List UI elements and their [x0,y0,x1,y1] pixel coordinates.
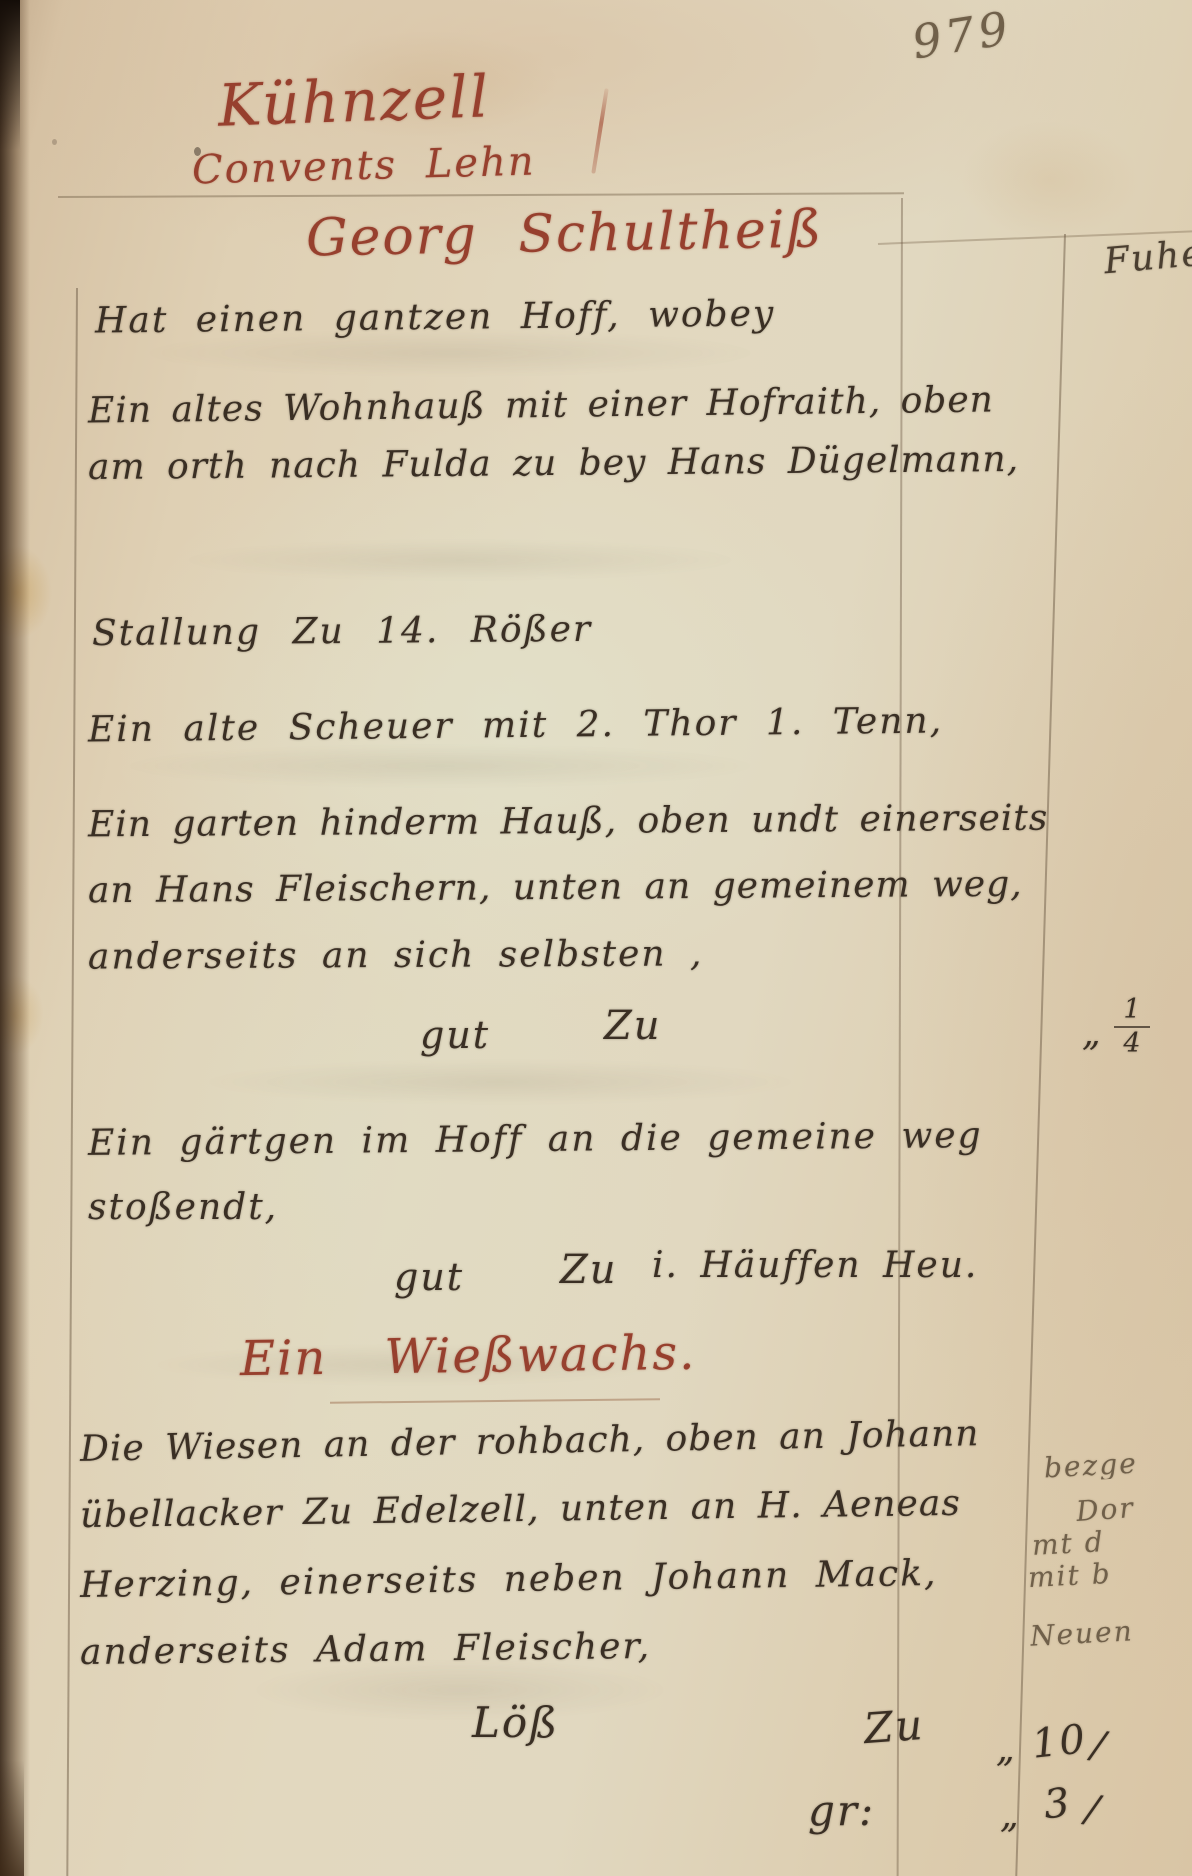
line-house-1: Ein altes Wohnhauß mit einer Hofraith, o… [88,382,994,429]
ruled-line-left-margin [66,288,78,1876]
amount-row-ditto: „ [1000,1798,1021,1834]
fraction-one-quarter: 1 4 [1114,996,1150,1059]
line-barn: Ein alte Scheuer mit 2. Thor 1. Tenn, [88,704,943,749]
margin-note: Dor [1075,1494,1136,1526]
line-intro: Hat einen gantzen Hoff, wobey [95,296,776,339]
label-meadow-loess: Löß [472,1702,559,1744]
amount-row-ditto: „ [996,1732,1017,1768]
bleed-through [120,745,760,787]
heading-meadow: Ein Wießwachs. [240,1329,697,1383]
amount-row-value: 10 [1030,1719,1089,1765]
heading-place: Kühnzell [217,67,491,134]
label-garden-gut: gut [420,1016,490,1054]
label-small-garden-zu: Zu [560,1250,618,1290]
line-house-2: am orth nach Fulda zu bey Hans Dügelmann… [88,442,1019,486]
red-underline [330,1398,660,1403]
binding-corner-top [0,0,20,150]
line-garden-1: Ein garten hinderm Hauß, oben undt einer… [88,801,1049,844]
line-garden-3: anderseits an sich selbsten , [88,936,704,975]
bleed-through [200,1060,800,1104]
line-meadow-1: Die Wiesen an der rohbach, oben an Johan… [80,1416,980,1468]
label-small-garden-gut: gut [394,1258,464,1296]
book-binding-edge [0,0,30,1876]
fraction-denominator: 4 [1114,1030,1150,1058]
heading-tenure: Convents Lehn [192,142,536,191]
manuscript-page: 979 Kühnzell Convents Lehn Georg Schulth… [0,0,1192,1876]
line-small-garden-1: Ein gärtgen im Hoff an die gemeine weg [88,1118,983,1162]
amount-row-value: 3 [1042,1783,1073,1826]
amount-row-slash: / [1083,1789,1103,1829]
bleed-through [180,540,740,580]
label-meadow-gr: gr: [808,1790,875,1832]
line-small-garden-2: stoßendt, [88,1190,278,1226]
line-meadow-3: Herzing, einerseits neben Johann Mack, [80,1556,938,1604]
stain [960,120,1140,240]
line-stable: Stallung Zu 14. Rößer [92,612,592,652]
column-header-measure: Fuhe [1103,236,1192,281]
margin-note: mt d [1031,1528,1105,1560]
heading-holder-name: Georg Schultheiß [306,203,824,264]
label-small-garden-amount: i. Häuffen Heu. [652,1248,978,1284]
fraction-numerator: 1 [1114,996,1150,1024]
line-garden-2: an Hans Fleischern, unten an gemeinem we… [88,867,1023,910]
margin-note: bezge [1043,1450,1138,1483]
binding-corner-bottom [0,1760,24,1876]
margin-note: mit b [1027,1560,1112,1592]
line-meadow-2: übellacker Zu Edelzell, unten an H. Aene… [80,1486,961,1534]
label-garden-zu: Zu [604,1006,662,1046]
red-ink-stroke [591,88,608,174]
page-number: 979 [909,4,1015,65]
label-meadow-zu: Zu [863,1704,926,1750]
ditto-mark: „ [1082,1016,1103,1052]
ruled-line-top [58,192,904,198]
ink-speck [52,139,57,145]
amount-row-slash: / [1089,1725,1109,1765]
margin-note: Neuen [1029,1617,1134,1650]
line-meadow-4: anderseits Adam Fleischer, [80,1629,651,1671]
